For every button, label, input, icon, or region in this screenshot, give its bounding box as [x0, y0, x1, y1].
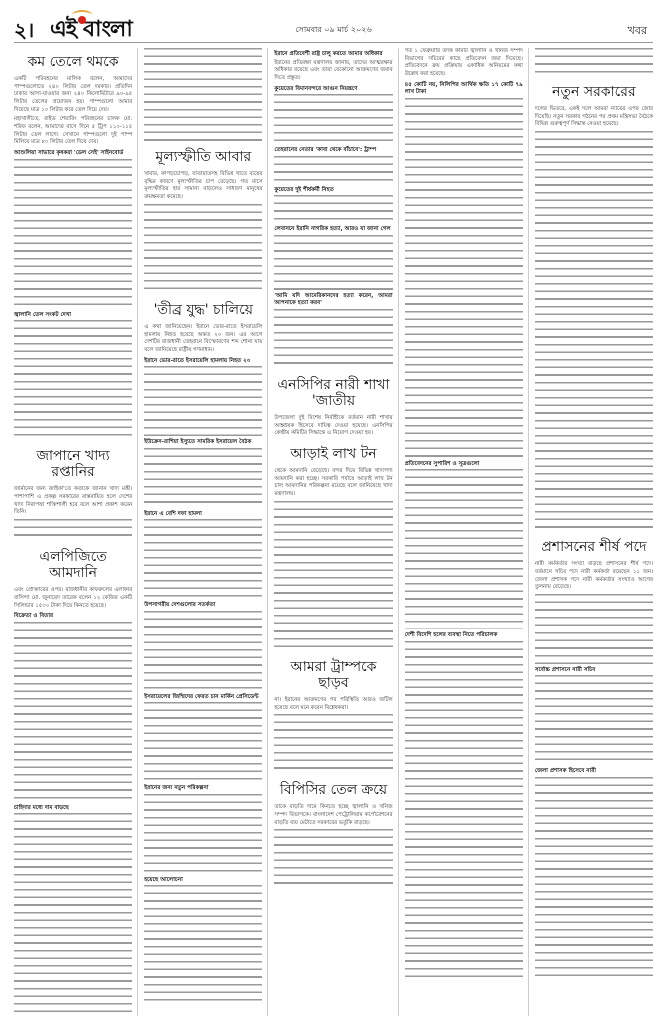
- text-block: [405, 641, 523, 981]
- headline: এলপিজিতে আমদানি: [14, 549, 132, 581]
- text-block: [14, 159, 132, 309]
- text-block: [14, 320, 132, 440]
- article-new-government: নতুন সরকারের দলের ভিতরে, একই দলে আমরা ন্…: [535, 84, 653, 531]
- subhead: দেশী বিদেশি হলের ব্যবস্থা নিতে পরিচালক: [405, 632, 523, 640]
- subhead: কুয়েতের দুই শীর্ষকর্মী নিহত: [274, 187, 392, 195]
- paragraph: মহাখালীতে, রাইড শেয়ারিং পরিবহনের চালক ম…: [14, 116, 132, 147]
- headline: জাপানে খাদ্য রপ্তানির: [14, 448, 132, 480]
- newspaper-columns: কম তেলে থমকে একটি পরিবহনের মালিক বলেন, আ…: [14, 48, 653, 1016]
- article-body: থেকে আমদানি বেড়েছে। বন্দর দিয়ে বিভিন্ন…: [274, 468, 392, 651]
- article-lpg-import: এলপিজিতে আমদানি এবং প্রোক্তারের ওপর। রাজ…: [14, 549, 132, 1013]
- text-block: [144, 366, 262, 436]
- article-body: এবং প্রোক্তারের ওপর। রাজধানীর কাফরুলের এ…: [14, 587, 132, 1013]
- column-1: কম তেলে থমকে একটি পরিবহনের মালিক বলেন, আ…: [14, 48, 138, 1016]
- article-bpc-oil-purchase: বিপিসির তেল ক্রয়ে তাকে বাড়তি দামে কিনত…: [274, 782, 392, 889]
- article-trump: আমরা ট্রাম্পকে ছাড়ব না। ইরানের আক্রমণের…: [274, 659, 392, 775]
- subhead: চাহিদার মধ্যে দাম বাড়ছে: [14, 805, 132, 813]
- article-body: দলের ভিতরে, একই দলে আমরা ন্যায়ের ওপর জো…: [535, 106, 653, 531]
- text-block: [144, 794, 262, 874]
- subhead: প্রতিবেদনের সুপারিশ ও সূত্রগুলো: [405, 461, 523, 469]
- column-3: ইরানে প্রতিবেশী রাষ্ট্র চালু করতে আমার অ…: [274, 48, 398, 1016]
- article-body: উপজেলা দুই বিশেষ নির্বাহীকে বর্তমান নারী…: [274, 415, 392, 438]
- subhead: সর্বোচ্চ প্রশাসনে নারী সচিব: [535, 667, 653, 675]
- text-block: [14, 813, 132, 1013]
- paragraph: খাবার, কাপড়চোপড়, যাতায়াতসহ বিভিন্ন খা…: [144, 171, 262, 202]
- headline: আড়াই লাখ টন: [274, 446, 392, 462]
- subhead: ইরানে এ বেশি দফা হামলা: [144, 511, 262, 519]
- subhead: ইরানে ভোর-রাতে ইসরায়েলি হামলায় নিহত ২০: [144, 358, 262, 366]
- text-block: [144, 448, 262, 508]
- paragraph: দলের ভিতরে, একই দলে আমরা ন্যায়ের ওপর জো…: [535, 106, 653, 129]
- subhead: ইউক্রেন-রাশিয়া ইস্যুতে সামরিক ইসরায়েল …: [144, 439, 262, 447]
- text-block: [274, 235, 392, 290]
- masthead: ২। এই বাংলা সোমবার ০৯ মার্চ ২০২৬ খবর: [14, 14, 653, 43]
- text-block: [274, 309, 392, 369]
- paragraph: থেকে আমদানি বেড়েছে। বন্দর দিয়ে বিভিন্ন…: [274, 468, 392, 499]
- headline: নতুন সরকারের: [535, 84, 653, 100]
- headline: আমরা ট্রাম্পকে ছাড়ব: [274, 659, 392, 691]
- headline: বিপিসির তেল ক্রয়ে: [274, 782, 392, 798]
- article-iran-continued: ইরানে প্রতিবেশী রাষ্ট্র চালু করতে আমার অ…: [274, 51, 392, 369]
- section-label: খবর: [628, 22, 647, 41]
- article-ncp-women-wing: এনসিপির নারী শাখা 'জাতীয় উপজেলা দুই বিশ…: [274, 377, 392, 438]
- logo-red-dot-icon: [78, 16, 86, 24]
- page-number: ২।: [14, 16, 34, 49]
- continued-text: [535, 48, 653, 78]
- paragraph: উপজেলা দুই বিশেষ নির্বাহীকে বর্তমান নারী…: [274, 415, 392, 438]
- headline: মূল্যস্ফীতি আবার: [144, 149, 262, 165]
- text-block: [14, 519, 132, 541]
- text-block: [535, 131, 653, 531]
- paragraph: একটি পরিবহনের মালিক বলেন, আমাদের পাম্পগু…: [14, 76, 132, 114]
- text-block: [144, 885, 262, 1005]
- subhead: বিক্রেতা ও বিতার: [14, 613, 132, 621]
- article-body: গত ১ ফেব্রুয়ারি তদন্ত কমিটি জ্বালানি ও …: [405, 48, 523, 981]
- text-block: [405, 469, 523, 629]
- issue-date: সোমবার ০৯ মার্চ ২০২৬: [295, 24, 371, 37]
- column-5: নতুন সরকারের দলের ভিতরে, একই দলে আমরা ন্…: [535, 48, 653, 1016]
- subhead: তেহরানের নেতার 'কাবা থেকে বাঁচাবে': ট্রা…: [274, 147, 392, 155]
- paragraph: এবং প্রোক্তারের ওপর। রাজধানীর কাফরুলের এ…: [14, 587, 132, 610]
- text-block: [535, 594, 653, 664]
- paragraph: না। ইরানের আক্রমণের পর পরিস্থিতি আরও জটি…: [274, 697, 392, 712]
- subhead: ইরানে প্রতিবেশী রাষ্ট্র চালু করতে আমার অ…: [274, 51, 392, 59]
- paragraph: জার্মানের জন্য জাইকা'তে কতাকে জানান খাদ্…: [14, 486, 132, 517]
- subhead: ইসরায়েলের জিম্মিদের ফেরত চান মার্কিন প্…: [144, 694, 262, 702]
- subhead: উপসাগরীয় দেশগুলোর সতর্কতা: [144, 602, 262, 610]
- text-block: [144, 519, 262, 599]
- article-body: তাকে বাড়তি দামে কিনতে হচ্ছে জ্বালানি ও …: [274, 804, 392, 889]
- article-body: এ কথা জানিয়েছেন। ইরানে ভোর-রাতে ইসরায়ে…: [144, 324, 262, 1006]
- paragraph: ইরানের প্রতিরক্ষা মন্ত্রণালয় জানায়, তা…: [274, 60, 392, 83]
- article-kom-tele: কম তেলে থমকে একটি পরিবহনের মালিক বলেন, আ…: [14, 54, 132, 440]
- column-2: মূল্যস্ফীতি আবার খাবার, কাপড়চোপড়, যাতা…: [144, 48, 268, 1016]
- paragraph: গত ১ ফেব্রুয়ারি তদন্ত কমিটি জ্বালানি ও …: [405, 48, 523, 79]
- text-block: [274, 829, 392, 889]
- article-two-half-lakh-ton: আড়াই লাখ টন থেকে আমদানি বেড়েছে। বন্দর …: [274, 446, 392, 651]
- article-body: জার্মানের জন্য জাইকা'তে কতাকে জানান খাদ্…: [14, 486, 132, 541]
- text-block: [535, 777, 653, 977]
- subhead: হয়েছে আলোচনা: [144, 877, 262, 885]
- article-bpc-loss: গত ১ ফেব্রুয়ারি তদন্ত কমিটি জ্বালানি ও …: [405, 48, 523, 981]
- text-block: [144, 702, 262, 782]
- article-body: না। ইরানের আক্রমণের পর পরিস্থিতি আরও জটি…: [274, 697, 392, 774]
- paragraph: তাকে বাড়তি দামে কিনতে হচ্ছে জ্বালানি ও …: [274, 804, 392, 827]
- article-body: ইরানে প্রতিবেশী রাষ্ট্র চালু করতে আমার অ…: [274, 51, 392, 369]
- article-body: খাবার, কাপড়চোপড়, যাতায়াতসহ বিভিন্ন খা…: [144, 171, 262, 294]
- text-block: [144, 204, 262, 294]
- article-body: একটি পরিবহনের মালিক বলেন, আমাদের পাম্পগু…: [14, 76, 132, 440]
- text-block: [14, 622, 132, 802]
- text-block: [274, 501, 392, 651]
- headline: প্রশাসনের শীর্ষ পদে: [535, 539, 653, 555]
- newspaper-logo: এই বাংলা: [50, 12, 132, 49]
- text-block: [144, 611, 262, 691]
- headline: কম তেলে থমকে: [14, 54, 132, 70]
- text-block: [274, 714, 392, 774]
- paragraph: নারী কর্মকর্তার সংখ্যা বাড়ছে প্রশাসনের …: [535, 561, 653, 592]
- subhead: কুয়েতের বিমানবন্দরে আগুন নিয়ন্ত্রণে: [274, 86, 392, 94]
- headline: 'তীব্র যুদ্ধ' চালিয়ে: [144, 302, 262, 318]
- subhead: 'আমি যদি আমেরিকানদের হত্যা করেন, আমরা আপ…: [274, 293, 392, 308]
- text-block: [274, 195, 392, 223]
- subhead: ৪৫ কোটি নয়, নিলিপির আর্থিক ক্ষতি ১৭ কোট…: [405, 82, 523, 97]
- text-block: [274, 156, 392, 184]
- subhead: জ্বালানি তেল সংকট দেখা: [14, 312, 132, 320]
- text-block: [535, 675, 653, 765]
- paragraph: এ কথা জানিয়েছেন। ইরানে ভোর-রাতে ইসরায়ে…: [144, 324, 262, 355]
- subhead: আশুলিয়া সাভারে কৃষকরা 'ডেল সেই' সাইনবোর…: [14, 150, 132, 158]
- subhead: জেলা প্রশাসক হিসেবে নারী: [535, 768, 653, 776]
- article-intense-war: 'তীব্র যুদ্ধ' চালিয়ে এ কথা জানিয়েছেন। …: [144, 302, 262, 1006]
- subhead: লেবাননে ইরানি নাগরিক হত্যা, আরও যা জানা …: [274, 226, 392, 234]
- article-admin-top-posts: প্রশাসনের শীর্ষ পদে নারী কর্মকর্তার সংখ্…: [535, 539, 653, 977]
- continued-text: [144, 48, 262, 143]
- column-4: গত ১ ফেব্রুয়ারি তদন্ত কমিটি জ্বালানি ও …: [405, 48, 529, 1016]
- headline: এনসিপির নারী শাখা 'জাতীয়: [274, 377, 392, 409]
- subhead: ইরানের জন্য নতুন পরিকল্পনা: [144, 785, 262, 793]
- text-block: [405, 98, 523, 458]
- article-body: নারী কর্মকর্তার সংখ্যা বাড়ছে প্রশাসনের …: [535, 561, 653, 977]
- text-block: [274, 94, 392, 144]
- article-inflation: মূল্যস্ফীতি আবার খাবার, কাপড়চোপড়, যাতা…: [144, 149, 262, 294]
- article-japan-food-export: জাপানে খাদ্য রপ্তানির জার্মানের জন্য জাই…: [14, 448, 132, 541]
